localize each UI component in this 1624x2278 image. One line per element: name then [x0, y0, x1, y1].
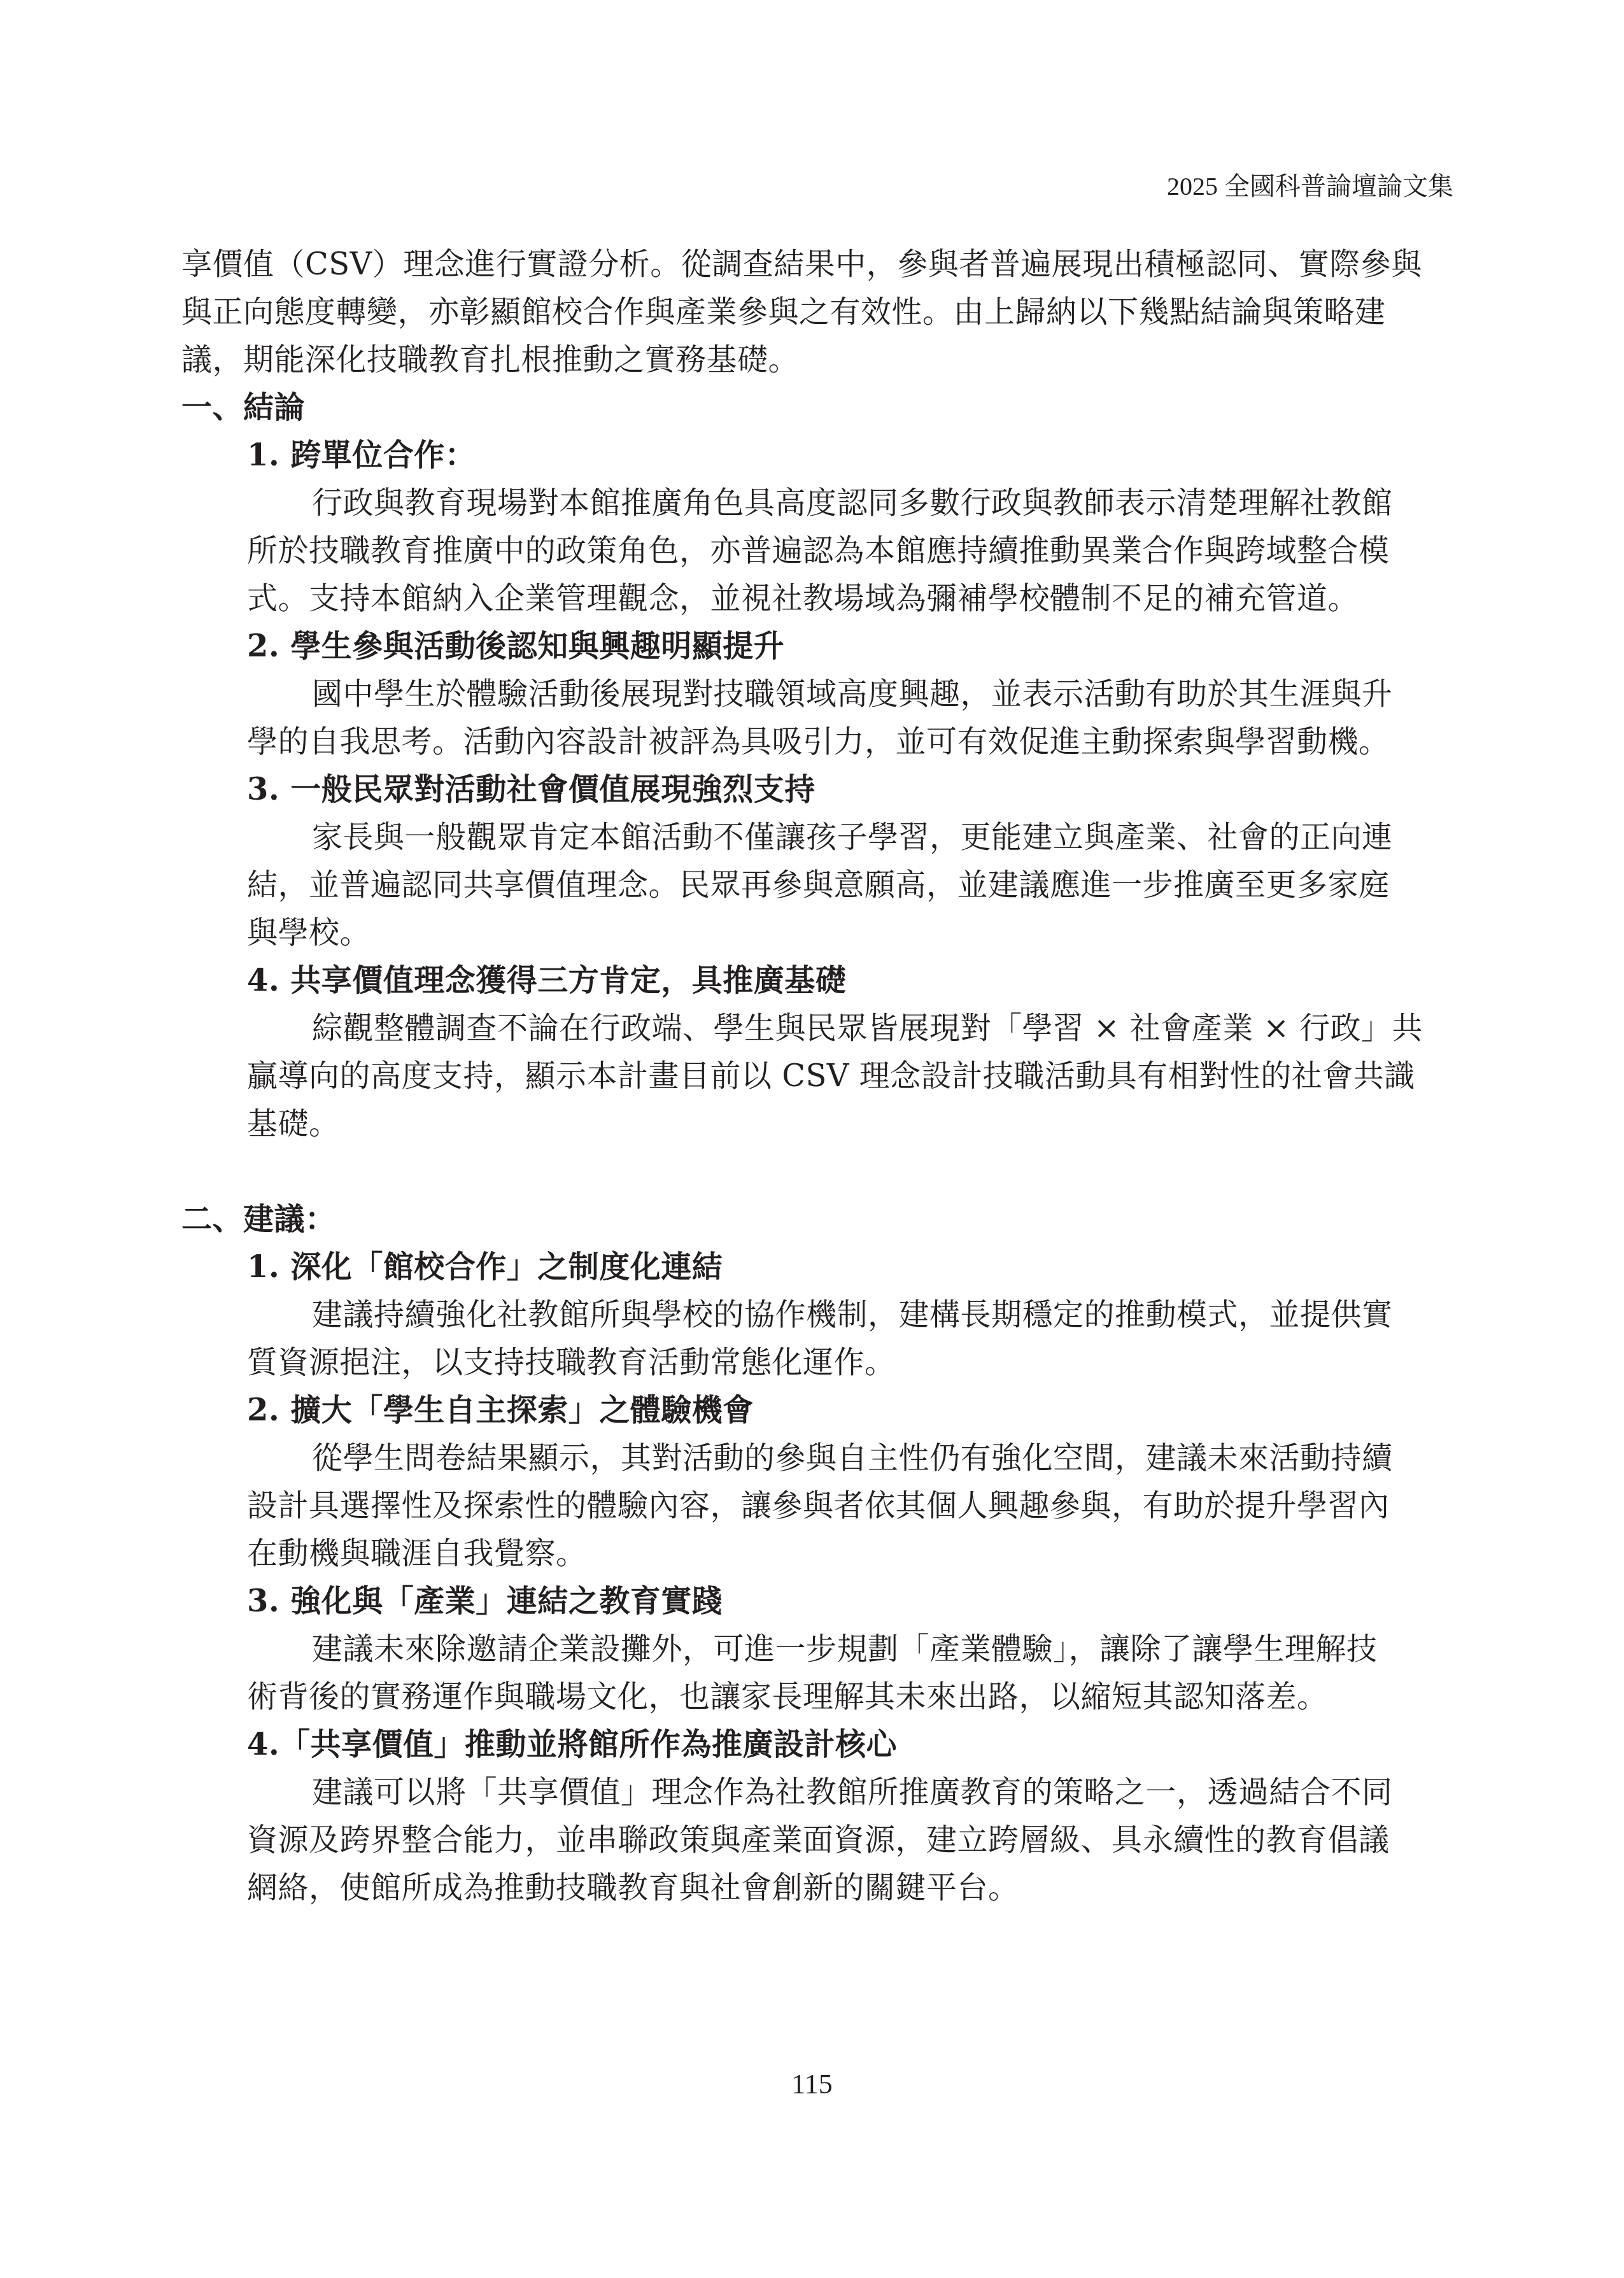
text-line: 式。支持本館納入企業管理觀念，並視社教場域為彌補學校體制不足的補充管道。: [247, 575, 1455, 623]
subsection-heading: 4.「共享價值」推動並將館所作為推廣設計核心: [181, 1721, 1455, 1769]
text-line: 結，並普遍認同共享價值理念。民眾再參與意願高，並建議應進一步推廣至更多家庭: [247, 861, 1455, 909]
subsection-heading: 1. 深化「館校合作」之制度化連結: [181, 1243, 1455, 1291]
conclusion-item: 3. 一般民眾對活動社會價值展現強烈支持 家長與一般觀眾肯定本館活動不僅讓孩子學…: [181, 766, 1455, 957]
section-heading: 一、結論: [181, 384, 1455, 432]
subsection-heading: 3. 一般民眾對活動社會價值展現強烈支持: [181, 766, 1455, 814]
text-line: 從學生問卷結果顯示，其對活動的參與自主性仍有強化空間，建議未來活動持續: [247, 1434, 1455, 1482]
paragraph: 建議未來除邀請企業設攤外，可進一步規劃「產業體驗」，讓除了讓學生理解技 術背後的…: [181, 1625, 1455, 1721]
text-line: 享價值（CSV）理念進行實證分析。從調查結果中，參與者普遍展現出積極認同、實際參…: [181, 241, 1455, 288]
subsection-heading: 1. 跨單位合作：: [181, 432, 1455, 479]
conclusion-item: 2. 學生參與活動後認知與興趣明顯提升 國中學生於體驗活動後展現對技職領域高度興…: [181, 623, 1455, 766]
recommendation-item: 2. 擴大「學生自主探索」之體驗機會 從學生問卷結果顯示，其對活動的參與自主性仍…: [181, 1387, 1455, 1578]
text-line: 所於技職教育推廣中的政策角色，亦普遍認為本館應持續推動異業合作與跨域整合模: [247, 527, 1455, 575]
recommendation-item: 4.「共享價值」推動並將館所作為推廣設計核心 建議可以將「共享價值」理念作為社教…: [181, 1721, 1455, 1912]
text-line: 建議未來除邀請企業設攤外，可進一步規劃「產業體驗」，讓除了讓學生理解技: [247, 1625, 1455, 1673]
paragraph: 建議可以將「共享價值」理念作為社教館所推廣教育的策略之一，透過結合不同 資源及跨…: [181, 1769, 1455, 1912]
recommendation-item: 3. 強化與「產業」連結之教育實踐 建議未來除邀請企業設攤外，可進一步規劃「產業…: [181, 1578, 1455, 1721]
text-line: 術背後的實務運作與職場文化，也讓家長理解其未來出路，以縮短其認知落差。: [247, 1673, 1455, 1721]
subsection-heading: 4. 共享價值理念獲得三方肯定，具推廣基礎: [181, 957, 1455, 1005]
conclusions-section: 一、結論 1. 跨單位合作： 行政與教育現場對本館推廣角色具高度認同多數行政與教…: [181, 384, 1455, 1148]
text-line: 建議持續強化社教館所與學校的協作機制，建構長期穩定的推動模式，並提供實: [247, 1291, 1455, 1339]
text-line: 在動機與職涯自我覺察。: [247, 1530, 1455, 1578]
text-line: 議，期能深化技職教育扎根推動之實務基礎。: [181, 336, 1455, 384]
text-line: 質資源挹注，以支持技職教育活動常態化運作。: [247, 1339, 1455, 1387]
subsection-heading: 3. 強化與「產業」連結之教育實踐: [181, 1578, 1455, 1625]
paragraph: 國中學生於體驗活動後展現對技職領域高度興趣，並表示活動有助於其生涯與升 學的自我…: [181, 670, 1455, 766]
text-line: 與學校。: [247, 909, 1455, 957]
text-line: 綜觀整體調查不論在行政端、學生與民眾皆展現對「學習 × 社會產業 × 行政」共: [247, 1005, 1455, 1052]
conclusion-item: 4. 共享價值理念獲得三方肯定，具推廣基礎 綜觀整體調查不論在行政端、學生與民眾…: [181, 957, 1455, 1148]
paragraph: 家長與一般觀眾肯定本館活動不僅讓孩子學習，更能建立與產業、社會的正向連 結，並普…: [181, 814, 1455, 957]
recommendation-item: 1. 深化「館校合作」之制度化連結 建議持續強化社教館所與學校的協作機制，建構長…: [181, 1243, 1455, 1387]
text-line: 基礎。: [247, 1100, 1455, 1148]
text-line: 資源及跨界整合能力，並串聯政策與產業面資源，建立跨層級、具永續性的教育倡議: [247, 1816, 1455, 1864]
text-line: 與正向態度轉變，亦彰顯館校合作與產業參與之有效性。由上歸納以下幾點結論與策略建: [181, 288, 1455, 336]
page-body: 享價值（CSV）理念進行實證分析。從調查結果中，參與者普遍展現出積極認同、實際參…: [181, 241, 1455, 1912]
text-line: 國中學生於體驗活動後展現對技職領域高度興趣，並表示活動有助於其生涯與升: [247, 670, 1455, 718]
text-line: 行政與教育現場對本館推廣角色具高度認同多數行政與教師表示清楚理解社教館: [247, 479, 1455, 527]
paragraph: 從學生問卷結果顯示，其對活動的參與自主性仍有強化空間，建議未來活動持續 設計具選…: [181, 1434, 1455, 1578]
text-line: 家長與一般觀眾肯定本館活動不僅讓孩子學習，更能建立與產業、社會的正向連: [247, 814, 1455, 861]
text-line: 學的自我思考。活動內容設計被評為具吸引力，並可有效促進主動探索與學習動機。: [247, 718, 1455, 766]
text-line: 網絡，使館所成為推動技職教育與社會創新的關鍵平台。: [247, 1864, 1455, 1912]
subsection-heading: 2. 擴大「學生自主探索」之體驗機會: [181, 1387, 1455, 1434]
conclusion-item: 1. 跨單位合作： 行政與教育現場對本館推廣角色具高度認同多數行政與教師表示清楚…: [181, 432, 1455, 623]
paragraph: 建議持續強化社教館所與學校的協作機制，建構長期穩定的推動模式，並提供實 質資源挹…: [181, 1291, 1455, 1387]
intro-paragraph: 享價值（CSV）理念進行實證分析。從調查結果中，參與者普遍展現出積極認同、實際參…: [181, 241, 1455, 384]
text-line: 贏導向的高度支持，顯示本計畫目前以 CSV 理念設計技職活動具有相對性的社會共識: [247, 1052, 1455, 1100]
section-spacer: [181, 1148, 1455, 1196]
running-header: 2025 全國科普論壇論文集: [1167, 171, 1453, 202]
section-heading: 二、建議：: [181, 1196, 1455, 1243]
recommendations-section: 二、建議： 1. 深化「館校合作」之制度化連結 建議持續強化社教館所與學校的協作…: [181, 1196, 1455, 1912]
text-line: 建議可以將「共享價值」理念作為社教館所推廣教育的策略之一，透過結合不同: [247, 1769, 1455, 1816]
subsection-heading: 2. 學生參與活動後認知與興趣明顯提升: [181, 623, 1455, 670]
paragraph: 綜觀整體調查不論在行政端、學生與民眾皆展現對「學習 × 社會產業 × 行政」共 …: [181, 1005, 1455, 1148]
paragraph: 行政與教育現場對本館推廣角色具高度認同多數行政與教師表示清楚理解社教館 所於技職…: [181, 479, 1455, 623]
page-number: 115: [0, 2068, 1624, 2100]
text-line: 設計具選擇性及探索性的體驗內容，讓參與者依其個人興趣參與，有助於提升學習內: [247, 1482, 1455, 1530]
